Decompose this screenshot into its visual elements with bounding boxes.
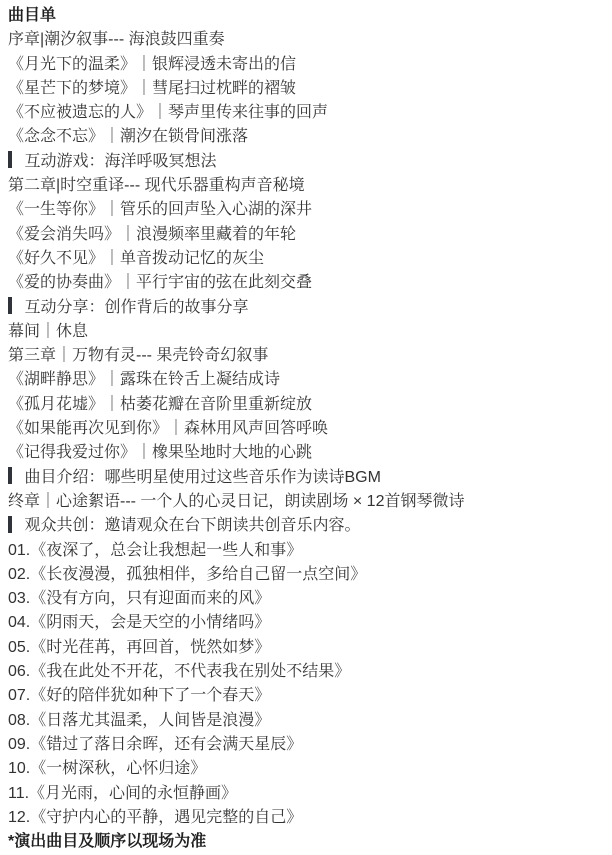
program-line-text: 序章|潮汐叙事--- 海浪鼓四重奏 — [8, 31, 225, 48]
program-line-text: 09.《错过了落日余晖，还有会满天星辰》 — [8, 736, 302, 753]
program-lines: 曲目单 序章|潮汐叙事--- 海浪鼓四重奏 《月光下的温柔》｜银辉浸透未寄出的信… — [8, 4, 604, 854]
program-line: 10.《一树深秋，心怀归途》 — [8, 757, 604, 781]
program-line: 《星芒下的梦境》｜彗尾扫过枕畔的褶皱 — [8, 77, 604, 101]
program-line: 序章|潮汐叙事--- 海浪鼓四重奏 — [8, 28, 604, 52]
program-line: 08.《日落尤其温柔，人间皆是浪漫》 — [8, 709, 604, 733]
program-line: 互动分享：创作背后的故事分享 — [8, 296, 604, 320]
program-line: 幕间｜休息 — [8, 320, 604, 344]
program-line-text: 《如果能再次见到你》｜森林用风声回答呼唤 — [8, 420, 328, 437]
program-line-text: 01.《夜深了，总会让我想起一些人和事》 — [8, 542, 302, 559]
program-line-text: 《好久不见》｜单音拨动记忆的灰尘 — [8, 250, 264, 267]
program-line-text: 《湖畔静思》｜露珠在铃舌上凝结成诗 — [8, 371, 280, 388]
program-line-text: *演出曲目及顺序以现场为准 — [8, 833, 206, 850]
program-line: 06.《我在此处不开花，不代表我在别处不结果》 — [8, 660, 604, 684]
program-line: 04.《阴雨天，会是天空的小情绪吗》 — [8, 611, 604, 635]
section-marker-bar-icon — [8, 297, 12, 314]
program-line-text: 观众共创：邀请观众在台下朗读共创音乐内容。 — [24, 517, 360, 534]
program-line: 《湖畔静思》｜露珠在铃舌上凝结成诗 — [8, 368, 604, 392]
program-line-text: 第二章|时空重译--- 现代乐器重构声音秘境 — [8, 177, 305, 194]
section-marker-bar-icon — [8, 467, 12, 484]
program-line: 03.《没有方向，只有迎面而来的风》 — [8, 587, 604, 611]
program-line: 《好久不见》｜单音拨动记忆的灰尘 — [8, 247, 604, 271]
program-line: 终章｜心途絮语--- 一个人的心灵日记，朗读剧场 × 12首钢琴微诗 — [8, 490, 604, 514]
section-marker-bar-icon — [8, 516, 12, 533]
program-line: 第二章|时空重译--- 现代乐器重构声音秘境 — [8, 174, 604, 198]
program-line: 02.《长夜漫漫，孤独相伴，多给自己留一点空间》 — [8, 563, 604, 587]
program-line-text: 02.《长夜漫漫，孤独相伴，多给自己留一点空间》 — [8, 566, 366, 583]
program-line-text: 《孤月花墟》｜枯萎花瓣在音阶里重新绽放 — [8, 396, 312, 413]
program-line: 05.《时光荏苒，再回首，恍然如梦》 — [8, 636, 604, 660]
program-line-text: 《星芒下的梦境》｜彗尾扫过枕畔的褶皱 — [8, 80, 296, 97]
program-line-text: 《念念不忘》｜潮汐在锁骨间涨落 — [8, 128, 248, 145]
program-line: 07.《好的陪伴犹如种下了一个春天》 — [8, 684, 604, 708]
program-line-text: 05.《时光荏苒，再回首，恍然如梦》 — [8, 639, 270, 656]
program-line-text: 12.《守护内心的平静，遇见完整的自己》 — [8, 809, 302, 826]
program-line: *演出曲目及顺序以现场为准 — [8, 830, 604, 854]
program-line-text: 04.《阴雨天，会是天空的小情绪吗》 — [8, 614, 270, 631]
program-line: 《念念不忘》｜潮汐在锁骨间涨落 — [8, 125, 604, 149]
program-line-text: 终章｜心途絮语--- 一个人的心灵日记，朗读剧场 × 12首钢琴微诗 — [8, 493, 464, 510]
program-line: 11.《月光雨，心间的永恒静画》 — [8, 782, 604, 806]
program-line-text: 《爱会消失吗》｜浪漫频率里藏着的年轮 — [8, 226, 296, 243]
program-line-text: 03.《没有方向，只有迎面而来的风》 — [8, 590, 270, 607]
program-line-text: 曲目介绍：哪些明星使用过这些音乐作为读诗BGM — [24, 469, 380, 486]
program-line-text: 《一生等你》｜管乐的回声坠入心湖的深井 — [8, 201, 312, 218]
program-line-text: 11.《月光雨，心间的永恒静画》 — [8, 785, 237, 802]
program-line-text: 《不应被遗忘的人》｜琴声里传来往事的回声 — [8, 104, 328, 121]
program-line: 曲目单 — [8, 4, 604, 28]
program-line-text: 互动分享：创作背后的故事分享 — [24, 299, 248, 316]
program-line: 第三章｜万物有灵--- 果壳铃奇幻叙事 — [8, 344, 604, 368]
program-line-text: 《月光下的温柔》｜银辉浸透未寄出的信 — [8, 56, 296, 73]
program-line: 《爱会消失吗》｜浪漫频率里藏着的年轮 — [8, 223, 604, 247]
section-marker-bar-icon — [8, 151, 12, 168]
program-line: 曲目介绍：哪些明星使用过这些音乐作为读诗BGM — [8, 466, 604, 490]
program-line: 《一生等你》｜管乐的回声坠入心湖的深井 — [8, 198, 604, 222]
program-line-text: 互动游戏：海洋呼吸冥想法 — [24, 153, 216, 170]
program-line: 《爱的协奏曲》｜平行宇宙的弦在此刻交叠 — [8, 271, 604, 295]
program-line-text: 幕间｜休息 — [8, 323, 88, 340]
program-line-text: 06.《我在此处不开花，不代表我在别处不结果》 — [8, 663, 350, 680]
program-line: 《如果能再次见到你》｜森林用风声回答呼唤 — [8, 417, 604, 441]
program-line: 互动游戏：海洋呼吸冥想法 — [8, 150, 604, 174]
program-line-text: 10.《一树深秋，心怀归途》 — [8, 760, 206, 777]
program-line: 《记得我爱过你》｜橡果坠地时大地的心跳 — [8, 441, 604, 465]
program-line-text: 07.《好的陪伴犹如种下了一个春天》 — [8, 687, 270, 704]
program-line: 观众共创：邀请观众在台下朗读共创音乐内容。 — [8, 514, 604, 538]
program-line-text: 第三章｜万物有灵--- 果壳铃奇幻叙事 — [8, 347, 268, 364]
program-line: 《不应被遗忘的人》｜琴声里传来往事的回声 — [8, 101, 604, 125]
program-line-text: 《记得我爱过你》｜橡果坠地时大地的心跳 — [8, 444, 312, 461]
program-document: 曲目单 序章|潮汐叙事--- 海浪鼓四重奏 《月光下的温柔》｜银辉浸透未寄出的信… — [0, 0, 612, 854]
program-line-text: 《爱的协奏曲》｜平行宇宙的弦在此刻交叠 — [8, 274, 312, 291]
program-line-text: 曲目单 — [8, 7, 56, 24]
program-line: 《孤月花墟》｜枯萎花瓣在音阶里重新绽放 — [8, 393, 604, 417]
program-line: 09.《错过了落日余晖，还有会满天星辰》 — [8, 733, 604, 757]
program-line: 01.《夜深了，总会让我想起一些人和事》 — [8, 539, 604, 563]
program-line: 《月光下的温柔》｜银辉浸透未寄出的信 — [8, 53, 604, 77]
program-line: 12.《守护内心的平静，遇见完整的自己》 — [8, 806, 604, 830]
program-line-text: 08.《日落尤其温柔，人间皆是浪漫》 — [8, 712, 270, 729]
